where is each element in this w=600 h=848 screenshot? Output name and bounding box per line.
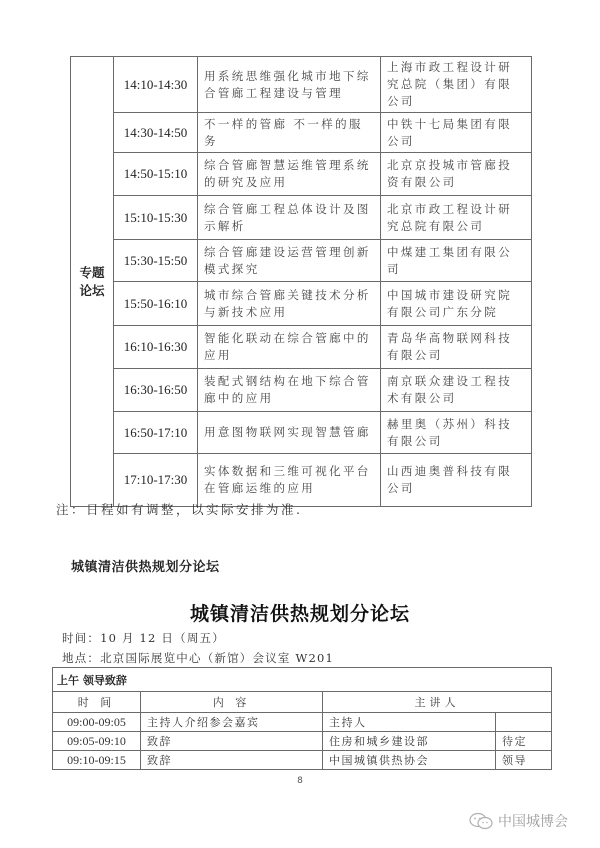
section-heading: 城镇清洁供热规划分论坛	[71, 556, 220, 575]
content-cell: 致辞	[141, 751, 323, 770]
table-row: 15:10-15:30 综合管廊工程总体设计及图示解析 北京市政工程设计研究总院…	[71, 196, 532, 240]
table-row: 09:05-09:10 致辞 住房和城乡建设部 待定	[53, 732, 552, 751]
extra-cell: 待定	[496, 732, 552, 751]
time-cell: 15:50-16:10	[114, 282, 198, 326]
speaker-cell: 北京市政工程设计研究总院有限公司	[381, 196, 532, 240]
forum-schedule-table: 专题 论坛 14:10-14:30 用系统思维强化城市地下综合管廊工程建设与管理…	[70, 56, 532, 507]
extra-cell: 领导	[496, 751, 552, 770]
content-cell: 用意图物联网实现智慧管廊	[198, 412, 381, 454]
time-cell: 14:30-14:50	[114, 113, 198, 153]
table-row: 15:50-16:10 城市综合管廊关键技术分析与新技术应用 中国城市建设研究院…	[71, 282, 532, 326]
table-row: 专题 论坛 14:10-14:30 用系统思维强化城市地下综合管廊工程建设与管理…	[71, 57, 532, 113]
category-label-line2: 论坛	[79, 283, 104, 298]
time-cell: 09:10-09:15	[53, 751, 141, 770]
table-row: 09:00-09:05 主持人介绍参会嘉宾 主持人	[53, 713, 552, 732]
content-cell: 城市综合管廊关键技术分析与新技术应用	[198, 282, 381, 326]
speaker-cell: 主持人	[323, 713, 496, 732]
watermark: 中国城博会	[468, 811, 568, 831]
speaker-cell: 住房和城乡建设部	[323, 732, 496, 751]
content-cell: 智能化联动在综合管廊中的应用	[198, 326, 381, 369]
category-cell: 专题 论坛	[71, 57, 114, 507]
time-cell: 14:50-15:10	[114, 153, 198, 196]
heating-forum-table: 上午 领导致辞 时 间 内 容 主讲人 09:00-09:05 主持人介绍参会嘉…	[52, 667, 552, 770]
speaker-cell: 南京联众建设工程技术有限公司	[381, 369, 532, 412]
content-cell: 主持人介绍参会嘉宾	[141, 713, 323, 732]
content-cell: 实体数据和三维可视化平台在管廊运维的应用	[198, 454, 381, 507]
time-cell: 09:05-09:10	[53, 732, 141, 751]
header-row: 时 间 内 容 主讲人	[53, 692, 552, 713]
content-cell: 综合管廊智慧运维管理系统的研究及应用	[198, 153, 381, 196]
time-cell: 17:10-17:30	[114, 454, 198, 507]
table-row: 17:10-17:30 实体数据和三维可视化平台在管廊运维的应用 山西迪奥普科技…	[71, 454, 532, 507]
wechat-icon	[468, 812, 494, 830]
time-cell: 15:10-15:30	[114, 196, 198, 240]
speaker-cell: 中国城市建设研究院有限公司广东分院	[381, 282, 532, 326]
speaker-cell: 山西迪奥普科技有限公司	[381, 454, 532, 507]
speaker-cell: 青岛华高物联网科技有限公司	[381, 326, 532, 369]
schedule-note: 注：日程如有调整，以实际安排为准.	[56, 500, 302, 518]
session-label: 上午 领导致辞	[53, 668, 552, 692]
table-row: 09:10-09:15 致辞 中国城镇供热协会 领导	[53, 751, 552, 770]
session-row: 上午 领导致辞	[53, 668, 552, 692]
speaker-cell: 赫里奥（苏州）科技有限公司	[381, 412, 532, 454]
table-row: 14:50-15:10 综合管廊智慧运维管理系统的研究及应用 北京京投城市管廊投…	[71, 153, 532, 196]
content-cell: 综合管廊工程总体设计及图示解析	[198, 196, 381, 240]
table-row: 16:50-17:10 用意图物联网实现智慧管廊 赫里奥（苏州）科技有限公司	[71, 412, 532, 454]
table-row: 16:10-16:30 智能化联动在综合管廊中的应用 青岛华高物联网科技有限公司	[71, 326, 532, 369]
header-speaker: 主讲人	[323, 692, 552, 713]
header-content: 内 容	[141, 692, 323, 713]
time-cell: 16:50-17:10	[114, 412, 198, 454]
extra-cell	[496, 713, 552, 732]
table-row: 14:30-14:50 不一样的管廊 不一样的服务 中铁十七局集团有限公司	[71, 113, 532, 153]
category-label-line1: 专题	[79, 265, 104, 280]
speaker-cell: 北京京投城市管廊投资有限公司	[381, 153, 532, 196]
speaker-cell: 中国城镇供热协会	[323, 751, 496, 770]
speaker-cell: 中煤建工集团有限公司	[381, 240, 532, 282]
content-cell: 综合管廊建设运营管理创新模式探究	[198, 240, 381, 282]
time-cell: 09:00-09:05	[53, 713, 141, 732]
content-cell: 不一样的管廊 不一样的服务	[198, 113, 381, 153]
time-cell: 14:10-14:30	[114, 57, 198, 113]
forum-venue: 地点：北京国际展览中心（新馆）会议室 W201	[62, 650, 334, 666]
forum-title: 城镇清洁供热规划分论坛	[0, 599, 600, 626]
page-number: 8	[0, 776, 600, 786]
header-time: 时 间	[53, 692, 141, 713]
time-cell: 15:30-15:50	[114, 240, 198, 282]
speaker-cell: 中铁十七局集团有限公司	[381, 113, 532, 153]
table-row: 15:30-15:50 综合管廊建设运营管理创新模式探究 中煤建工集团有限公司	[71, 240, 532, 282]
content-cell: 致辞	[141, 732, 323, 751]
content-cell: 用系统思维强化城市地下综合管廊工程建设与管理	[198, 57, 381, 113]
time-cell: 16:10-16:30	[114, 326, 198, 369]
watermark-text: 中国城博会	[498, 811, 568, 831]
content-cell: 装配式钢结构在地下综合管廊中的应用	[198, 369, 381, 412]
speaker-cell: 上海市政工程设计研究总院（集团）有限公司	[381, 57, 532, 113]
table-row: 16:30-16:50 装配式钢结构在地下综合管廊中的应用 南京联众建设工程技术…	[71, 369, 532, 412]
time-cell: 16:30-16:50	[114, 369, 198, 412]
forum-time: 时间：10 月 12 日（周五）	[62, 630, 225, 646]
